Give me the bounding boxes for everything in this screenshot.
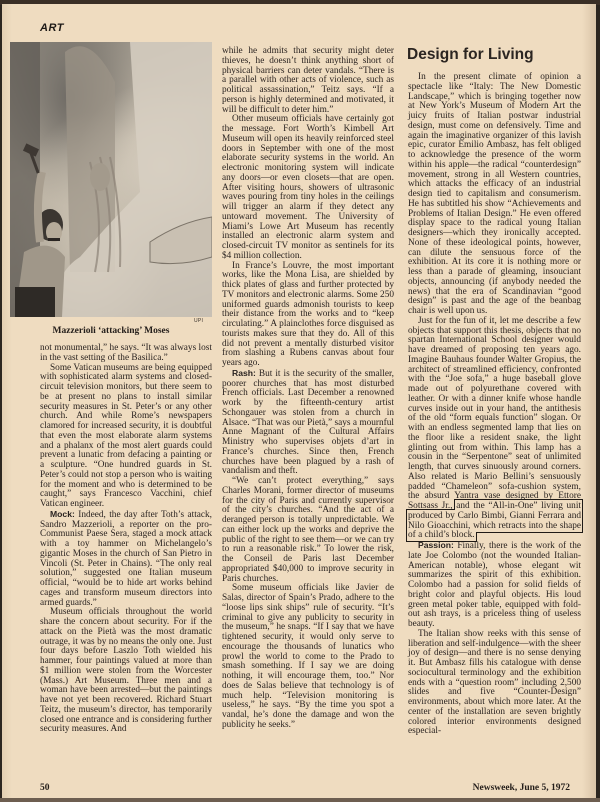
run-in-head: Rash:	[232, 368, 256, 378]
page-number: 50	[40, 783, 50, 793]
photo-credit: UPI	[194, 318, 203, 324]
issue-date: Newsweek, June 5, 1972	[473, 783, 570, 793]
paragraph: In France’s Louvre, the most important w…	[222, 262, 394, 369]
photo-caption: Mazzerioli ‘attacking’ Moses	[10, 326, 212, 336]
paragraph: Rash: But it is the security of the smal…	[222, 369, 394, 477]
news-photo	[10, 42, 212, 317]
paragraph: “We can’t protect everything,” says Char…	[222, 477, 394, 584]
magazine-page: ART UPI Maz	[2, 4, 596, 800]
section-label: ART	[40, 22, 64, 34]
article-column-2: while he admits that security might dete…	[222, 47, 394, 731]
paragraph: not monumental,” he says. “It was always…	[40, 344, 212, 364]
article-headline: Design for Living	[407, 46, 534, 64]
paragraph: while he admits that security might dete…	[222, 47, 394, 115]
paragraph: Other museum officials have certainly go…	[222, 115, 394, 261]
run-in-head: Mock:	[50, 509, 75, 519]
article-column-3: In the present climate of opinion a spec…	[408, 73, 581, 737]
run-in-head: Passion:	[418, 540, 454, 550]
moses-statue-photo-icon	[10, 42, 212, 317]
paragraph-text: Indeed, the day after Toth’s attack, San…	[40, 510, 212, 608]
paragraph-text: But it is the security of the smaller, p…	[222, 369, 394, 477]
paragraph: The Italian show reeks with this sense o…	[408, 630, 581, 737]
paragraph: Just for the fun of it, let me describe …	[408, 317, 581, 541]
paragraph: Mock: Indeed, the day after Toth’s attac…	[40, 510, 212, 609]
paragraph: Museum officials throughout the world sh…	[40, 608, 212, 735]
paragraph-text: Finally, there is the work of the late J…	[408, 541, 581, 629]
paragraph: Some museum officials like Javier de Sal…	[222, 584, 394, 730]
article-column-1: not monumental,” he says. “It was always…	[40, 344, 212, 735]
paragraph: Some Vatican museums are being equipped …	[40, 364, 212, 510]
paragraph-text: Just for the fun of it, let me describe …	[408, 316, 581, 511]
page-bottom-edge	[0, 798, 600, 802]
paragraph: In the present climate of opinion a spec…	[408, 73, 581, 317]
paragraph: Passion: Finally, there is the work of t…	[408, 541, 581, 630]
